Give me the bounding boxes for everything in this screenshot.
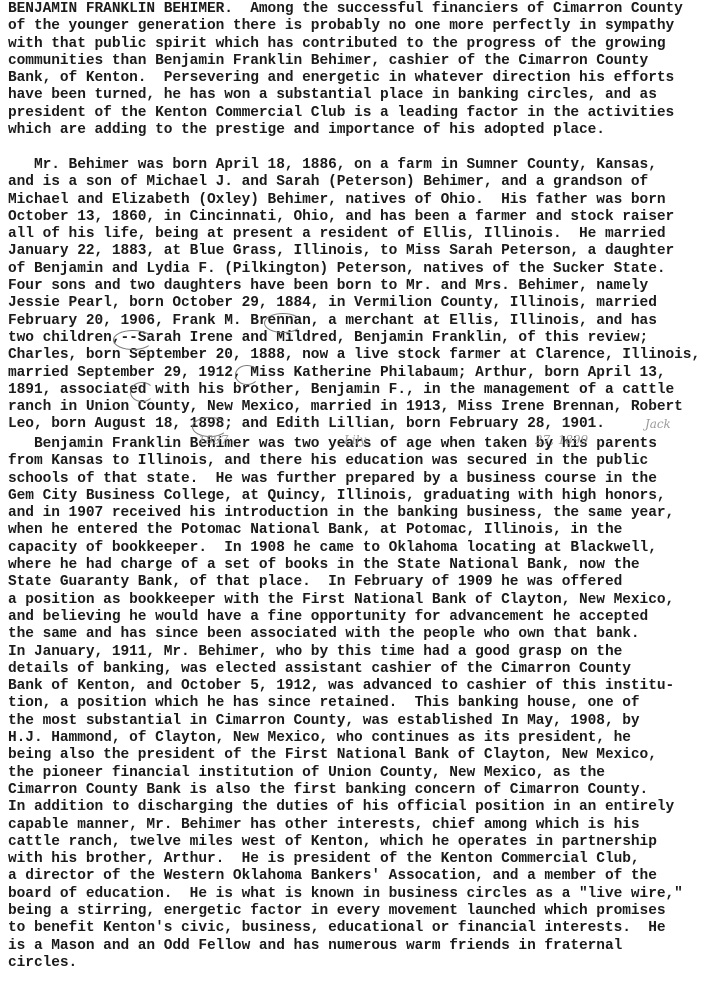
paragraph-introduction: BENJAMIN FRANKLIN BEHIMER. Among the suc… [8, 1, 683, 139]
text-line: tion, a position which he has since reta… [8, 695, 683, 712]
text-line: schools of that state. He was further pr… [8, 471, 683, 488]
text-line: Charles, born September 20, 1888, now a … [8, 347, 700, 364]
text-line: details of banking, was elected assistan… [8, 661, 683, 678]
text-line: which are adding to the prestige and imp… [8, 122, 683, 139]
text-line: ranch in Union County, New Mexico, marri… [8, 399, 700, 416]
text-line: Mr. Behimer was born April 18, 1886, on … [8, 157, 700, 174]
pen-circle-1906 [113, 330, 153, 350]
text-line: Four sons and two daughters have been bo… [8, 278, 700, 295]
text-line: Gem City Business College, at Quincy, Il… [8, 488, 683, 505]
text-line: circles. [8, 955, 683, 972]
text-line: board of education. He is what is known … [8, 886, 683, 903]
handwritten-note-1897: 1897 [198, 432, 228, 449]
text-line: Michael and Elizabeth (Oxley) Behimer, n… [8, 192, 700, 209]
text-line: being a stirring, energetic factor in ev… [8, 903, 683, 920]
text-line: H.J. Hammond, of Clayton, New Mexico, wh… [8, 730, 683, 747]
text-line: State Guaranty Bank, of that place. In F… [8, 574, 683, 591]
text-line: 1891, associated with his brother, Benja… [8, 382, 700, 399]
pen-circle-1884 [264, 313, 302, 333]
text-line: president of the Kenton Commercial Club … [8, 105, 683, 122]
text-line: married September 29, 1912, Miss Katheri… [8, 365, 700, 382]
text-line: Cimarron County Bank is also the first b… [8, 782, 683, 799]
text-line: communities than Benjamin Franklin Behim… [8, 53, 683, 70]
text-line: with that public spirit which has contri… [8, 36, 683, 53]
text-line: January 22, 1883, at Blue Grass, Illinoi… [8, 243, 700, 260]
text-line: is a Mason and an Odd Fellow and has num… [8, 938, 683, 955]
paragraph-career: Benjamin Franklin Behimer was two years … [8, 436, 683, 972]
pen-circle-20 [235, 365, 259, 385]
text-line: capable manner, Mr. Behimer has other in… [8, 817, 683, 834]
text-line: two children,--Sarah Irene and Mildred, … [8, 330, 700, 347]
text-line: where he had charge of a set of books in… [8, 557, 683, 574]
pen-circle-29 [130, 382, 154, 402]
text-line: all of his life, being at present a resi… [8, 226, 700, 243]
handwritten-note-date: 27, 1899 [535, 432, 588, 449]
text-line: and is a son of Michael J. and Sarah (Pe… [8, 174, 700, 191]
text-line: to benefit Kenton's civic, business, edu… [8, 920, 683, 937]
text-line: being also the president of the First Na… [8, 747, 683, 764]
text-line: have been turned, he has won a substanti… [8, 87, 683, 104]
text-line: the pioneer financial institution of Uni… [8, 765, 683, 782]
text-line: and in 1907 received his introduction in… [8, 505, 683, 522]
text-line: and believing he would have a fine oppor… [8, 609, 683, 626]
text-line: October 13, 1860, in Cincinnati, Ohio, a… [8, 209, 700, 226]
text-line: In addition to discharging the duties of… [8, 799, 683, 816]
text-line: BENJAMIN FRANKLIN BEHIMER. Among the suc… [8, 1, 683, 18]
text-line: of the younger generation there is proba… [8, 18, 683, 35]
text-line: Bank of Kenton, and October 5, 1912, was… [8, 678, 683, 695]
text-line: when he entered the Potomac National Ban… [8, 522, 683, 539]
text-line: In January, 1911, Mr. Behimer, who by th… [8, 644, 683, 661]
handwritten-note-jack: Jack [645, 416, 671, 433]
text-line: cattle ranch, twelve miles west of Kento… [8, 834, 683, 851]
text-line: of Benjamin and Lydia F. (Pilkington) Pe… [8, 261, 700, 278]
text-line: from Kansas to Illinois, and there his e… [8, 453, 683, 470]
text-line: Jessie Pearl, born October 29, 1884, in … [8, 295, 700, 312]
text-line: Bank, of Kenton. Persevering and energet… [8, 70, 683, 87]
text-line: February 20, 1906, Frank M. Brennan, a m… [8, 313, 700, 330]
paragraph-family: Mr. Behimer was born April 18, 1886, on … [8, 157, 700, 434]
text-line: the same and has since been associated w… [8, 626, 683, 643]
text-line: with his brother, Arthur. He is presiden… [8, 851, 683, 868]
text-line: a position as bookkeeper with the First … [8, 592, 683, 609]
text-line: capacity of bookkeeper. In 1908 he came … [8, 540, 683, 557]
text-line: the most substantial in Cimarron County,… [8, 713, 683, 730]
text-line: a director of the Western Oklahoma Banke… [8, 868, 683, 885]
handwritten-note-lily: Lily [344, 432, 366, 449]
document-page: BENJAMIN FRANKLIN BEHIMER. Among the suc… [0, 0, 720, 994]
